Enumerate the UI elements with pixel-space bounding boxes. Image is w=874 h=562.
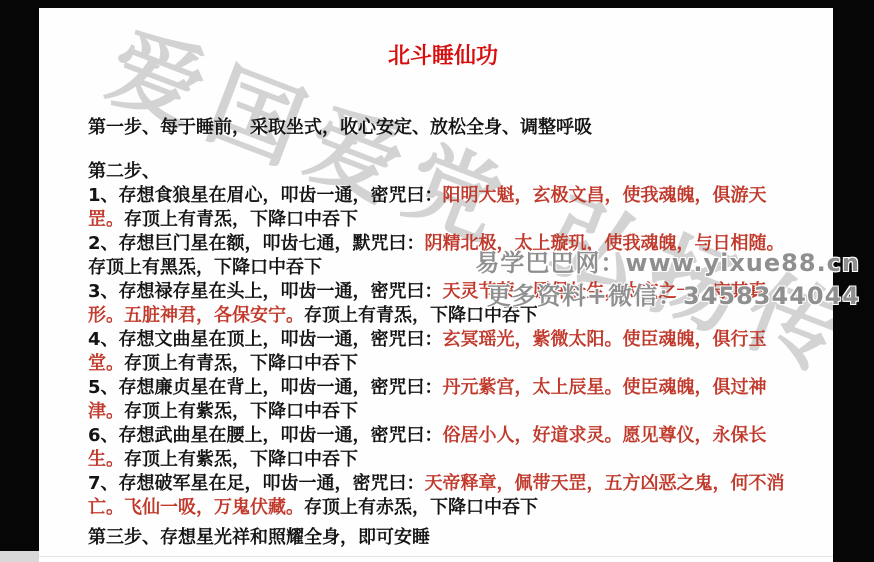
body-text: 2、存想巨门星在额，叩齿七通，默咒曰： [88,233,425,254]
paragraph: 6、存想武曲星在腰上，叩齿一通，密咒曰：俗居小人，好道求灵。愿见尊仪，永保长生。… [88,424,798,472]
body-text: 第二步、 [88,161,160,182]
bottom-left-strip [0,551,39,562]
body-text: 存顶上有青炁，下降口中吞下 [124,353,358,374]
paragraph: 7、存想破军星在足，叩齿一通，密咒曰：天帝释章，佩带天罡，五方凶恶之鬼，何不消亡… [88,472,798,520]
paragraph: 2、存想巨门星在额，叩齿七通，默咒曰：阴精北极，太上璇玑，使我魂魄，与日相随。存… [88,232,798,280]
body-text: 1、存想食狼星在眉心，叩齿一通，密咒曰： [88,185,443,206]
body-text: 存顶上有青炁，下降口中吞下 [124,209,358,230]
body-text: 存顶上有黑炁，下降口中吞下 [88,257,322,278]
paragraph: 4、存想文曲星在顶上，叩齿一通，密咒曰：玄冥瑶光，紫微太阳。使臣魂魄，俱行玉堂。… [88,328,798,376]
body-text: 5、存想廉贞星在背上，叩齿一通，密咒曰： [88,377,443,398]
body-text: 第一步、每于睡前，采取坐式，收心安定、放松全身、调整呼吸 [88,117,592,138]
paragraph: 第二步、 [88,160,798,184]
page-title: 北斗睡仙功 [88,44,798,70]
page-bottom-edge [39,556,833,557]
body-text: 存顶上有青炁，下降口中吞下 [304,305,538,326]
left-border [0,0,39,551]
body-text: 存顶上有赤炁，下降口中吞下 [304,497,538,518]
paragraph-list: 第一步、每于睡前，采取坐式，收心安定、放松全身、调整呼吸 第二步、 1、存想食狼… [88,116,798,550]
paragraph: 3、存想禄存星在头上，叩齿一通，密咒曰：天灵节荣，愿保长生，太玄之一，守其真形。… [88,280,798,328]
body-text: 4、存想文曲星在顶上，叩齿一通，密咒曰： [88,329,443,350]
paragraph: 第三步、存想星光祥和照耀全身，即可安睡 [88,526,798,550]
paragraph: 第一步、每于睡前，采取坐式，收心安定、放松全身、调整呼吸 [88,116,798,140]
body-text: 存顶上有紫炁，下降口中吞下 [124,401,358,422]
body-text: 7、存想破军星在足，叩齿一通，密咒曰： [88,473,425,494]
paragraph: 5、存想廉贞星在背上，叩齿一通，密咒曰：丹元紫宫，太上辰星。使臣魂魄，俱过神津。… [88,376,798,424]
body-text: 3、存想禄存星在头上，叩齿一通，密咒曰： [88,281,443,302]
body-text: 6、存想武曲星在腰上，叩齿一通，密咒曰： [88,425,443,446]
document-content: 北斗睡仙功 第一步、每于睡前，采取坐式，收心安定、放松全身、调整呼吸 第二步、 … [88,44,798,550]
body-text: 存顶上有紫炁，下降口中吞下 [124,449,358,470]
top-border [0,0,874,8]
body-text: 第三步、存想星光祥和照耀全身，即可安睡 [88,527,430,548]
right-border [833,0,874,562]
mantra-text: 阴精北极，太上璇玑，使我魂魄，与日相随。 [425,233,785,254]
document-page: 爱国爱党 弘扬传统文化 北斗睡仙功 第一步、每于睡前，采取坐式，收心安定、放松全… [0,0,874,562]
paragraph: 1、存想食狼星在眉心，叩齿一通，密咒曰：阳明大魁，玄极文昌，使我魂魄，俱游天罡。… [88,184,798,232]
